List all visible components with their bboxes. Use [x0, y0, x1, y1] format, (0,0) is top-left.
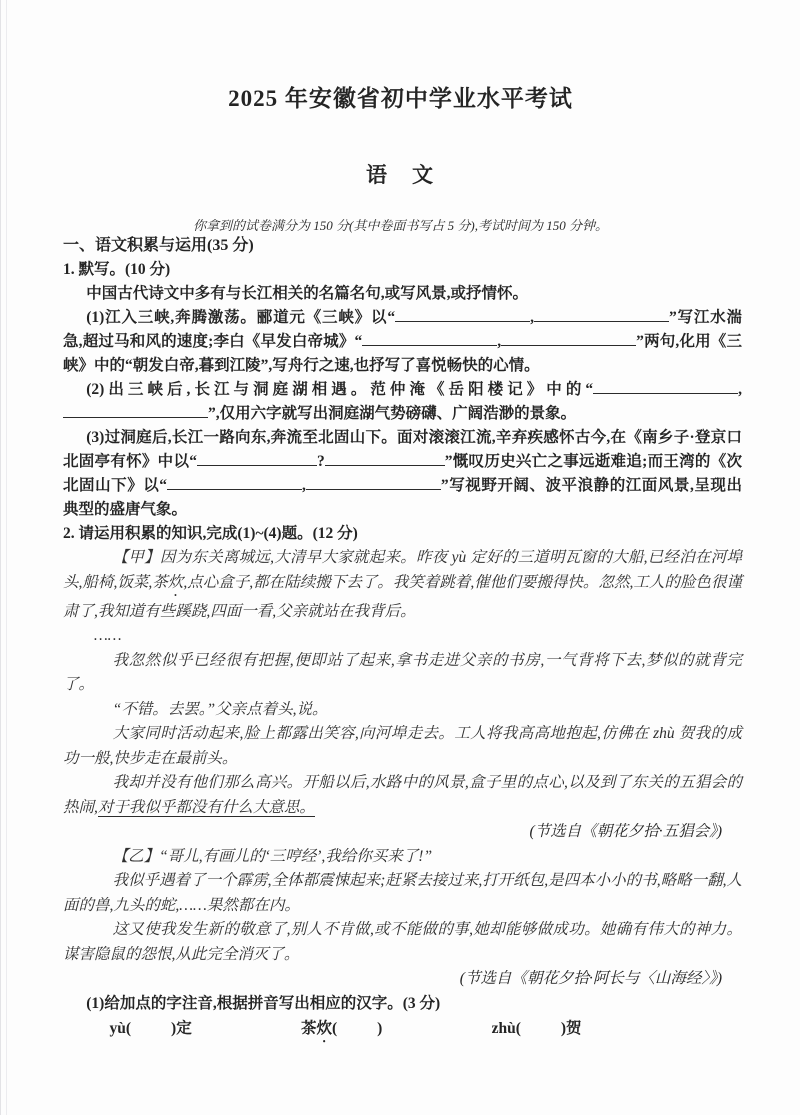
passage-yi-source: (节选自《朝花夕拾·阿长与〈山海经〉》) [63, 967, 742, 992]
text-segment: (2)出三峡后,长江与洞庭湖相遇。范仲淹《岳阳楼记》中的“ [86, 381, 593, 398]
text-segment: ”,仅用六字就写出洞庭湖气势磅礴、广阔浩渺的景象。 [208, 405, 576, 422]
text-segment: ) [377, 1020, 382, 1037]
answer-blank [534, 307, 669, 322]
question-1-item-3: (3)过洞庭后,长江一路向东,奔流至北固山下。面对滚滚江流,辛弃疾感怀古今,在《… [63, 426, 742, 522]
answer-blank [395, 307, 530, 322]
answer-blank [362, 331, 497, 346]
pinyin-answer-row: yù()定茶炊()zhù()贺 [63, 1017, 742, 1046]
answer-blank [325, 451, 445, 466]
answer-blank [167, 475, 302, 490]
text-segment: zhù( [492, 1020, 521, 1037]
underlined-sentence: 对于我似乎都没有什么大意思。 [98, 799, 315, 817]
answer-blank [306, 475, 441, 490]
text-segment: (1)江入三峡,奔腾激荡。郦道元《三峡》以“ [86, 309, 395, 326]
text-segment: ( [332, 1020, 337, 1037]
text-segment: )定 [171, 1020, 192, 1037]
answer-blank [197, 451, 317, 466]
passage-yi-paragraph-2: 我似乎遇着了一个霹雳,全体都震悚起来;赶紧去接过来,打开纸包,是四本小小的书,略… [63, 869, 742, 918]
text-segment: 茶 [301, 1020, 317, 1037]
passage-jia-paragraph-4: 大家同时活动起来,脸上都露出笑容,向河埠走去。工人将我高高地抱起,仿佛在 zhù… [63, 722, 742, 771]
passage-yi-paragraph-1: 【乙】“哥儿,有画儿的‘三哼经’,我给你买来了!” [63, 845, 742, 870]
section-heading: 一、语文积累与运用(35 分) [63, 234, 742, 258]
passage-jia-paragraph-3: “不错。去罢。”父亲点着头,说。 [63, 698, 742, 723]
pinyin-item-zhu: zhù()贺 [468, 1017, 581, 1041]
answer-blank [501, 331, 636, 346]
exam-note: 你拿到的试卷满分为 150 分(其中卷面书写占 5 分),考试时间为 150 分… [1, 215, 800, 234]
answer-blank [593, 379, 738, 394]
question-2-stem: 2. 请运用积累的知识,完成(1)~(4)题。(12 分) [63, 522, 742, 546]
emphasized-char: 炊 [316, 1020, 332, 1037]
question-2-sub-1-stem: (1)给加点的字注音,根据拼音写出相应的汉字。(3 分) [63, 992, 742, 1016]
passage-yi-paragraph-3: 这又使我发生新的敬意了,别人不肯做,或不能做的事,她却能够做成功。她确有伟大的神… [63, 918, 742, 967]
passage-jia-paragraph-5: 我却并没有他们那么高兴。开船以后,水路中的风景,盒子里的点心,以及到了东关的五猖… [63, 771, 742, 820]
question-1-stem: 1. 默写。(10 分) [63, 258, 742, 282]
pinyin-item-chacui: 茶炊() [278, 1017, 383, 1046]
text-segment: yù( [110, 1020, 132, 1037]
passage-jia-source: (节选自《朝花夕拾·五猖会》) [63, 820, 742, 845]
question-1-item-1: (1)江入三峡,奔腾激荡。郦道元《三峡》以“,”写江水湍急,超过马和风的速度;李… [63, 306, 742, 378]
page-edge-line [6, 0, 7, 1115]
passage-jia-paragraph-2: 我忽然似乎已经很有把握,便即站了起来,拿书走进父亲的书房,一气背将下去,梦似的就… [63, 649, 742, 698]
text-segment: , [738, 381, 742, 398]
text-segment: )贺 [561, 1020, 582, 1037]
question-1-item-2: (2)出三峡后,长江与洞庭湖相遇。范仲淹《岳阳楼记》中的“,”,仅用六字就写出洞… [63, 378, 742, 426]
exam-paper-page: 2025 年安徽省初中学业水平考试 语 文 你拿到的试卷满分为 150 分(其中… [0, 0, 800, 1115]
text-segment: ? [317, 453, 325, 470]
exam-subject: 语 文 [1, 159, 800, 189]
exam-body: 一、语文积累与运用(35 分) 1. 默写。(10 分) 中国古代诗文中多有与长… [1, 234, 800, 1046]
passage-jia-paragraph-1: 【甲】因为东关离城远,大清早大家就起来。昨夜 yù 定好的三道明瓦窗的大船,已经… [63, 546, 742, 624]
pinyin-item-yu: yù()定 [86, 1017, 191, 1041]
emphasized-char: 炊 [168, 574, 184, 591]
answer-blank [63, 403, 208, 418]
passage-jia-ellipsis: …… [63, 624, 742, 649]
exam-title: 2025 年安徽省初中学业水平考试 [1, 80, 800, 113]
question-1-intro: 中国古代诗文中多有与长江相关的名篇名句,或写风景,或抒情怀。 [63, 282, 742, 306]
